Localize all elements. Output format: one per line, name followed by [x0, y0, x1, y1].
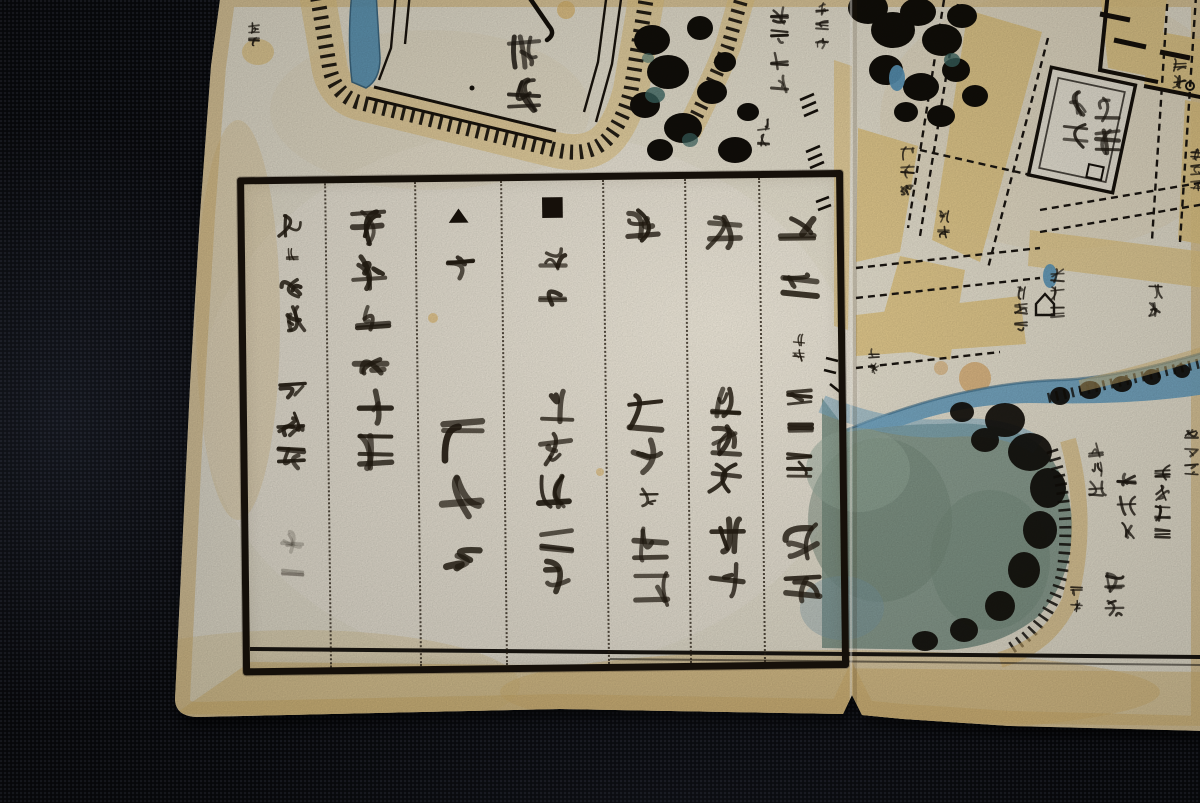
calligraphy-glyphs	[686, 178, 764, 663]
legend-column-date: 享和二壬戌年	[324, 182, 420, 667]
calligraphy-glyphs	[256, 183, 330, 668]
legend-columns: 長崎ヨリ 矢上ヘ三里 同 時津ヘ三里 同 茂木ヘ二里 ■ 此印 御大庄屋敷 ▲ …	[244, 177, 842, 668]
legend-column-mark-oshoya: ■ 此印 御大庄屋敷	[500, 180, 608, 665]
calligraphy-glyphs	[326, 182, 420, 667]
legend-box: 長崎ヨリ 矢上ヘ三里 同 時津ヘ三里 同 茂木ヘ二里 ■ 此印 御大庄屋敷 ▲ …	[237, 170, 849, 675]
legend-column-distance-yagami: 長崎ヨリ 矢上ヘ三里	[758, 177, 842, 662]
square-symbol-icon: ■	[539, 192, 565, 219]
triangle-symbol-icon: ▲	[448, 205, 468, 224]
calligraphy-glyphs	[760, 177, 842, 662]
legend-column-distance-mogi: 同 茂木ヘ二里	[602, 179, 690, 664]
calligraphy-glyphs	[502, 180, 608, 665]
calligraphy-glyphs	[416, 181, 506, 666]
photo-of-antique-japanese-map: 長崎ヨリ 矢上ヘ三里 同 時津ヘ三里 同 茂木ヘ二里 ■ 此印 御大庄屋敷 ▲ …	[0, 0, 1200, 803]
legend-column-publisher: かつ山町 文錦堂	[256, 183, 330, 668]
legend-column-distance-togitsu: 同 時津ヘ三里	[684, 178, 764, 663]
legend-column-mark-toshiyori: ▲ 同 町年寄	[414, 181, 506, 666]
calligraphy-glyphs	[604, 179, 690, 664]
